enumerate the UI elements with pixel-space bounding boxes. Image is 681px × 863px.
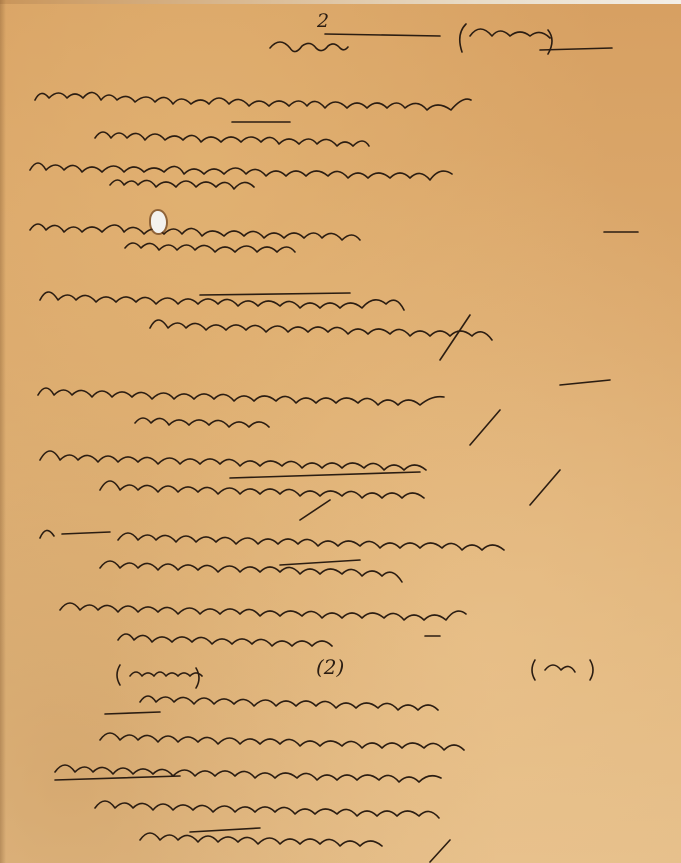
manuscript-page: 2 (2) Handwritten Tamil text; individual…	[0, 0, 681, 863]
handwriting-strokes	[0, 0, 681, 863]
paper-hole	[151, 211, 166, 233]
